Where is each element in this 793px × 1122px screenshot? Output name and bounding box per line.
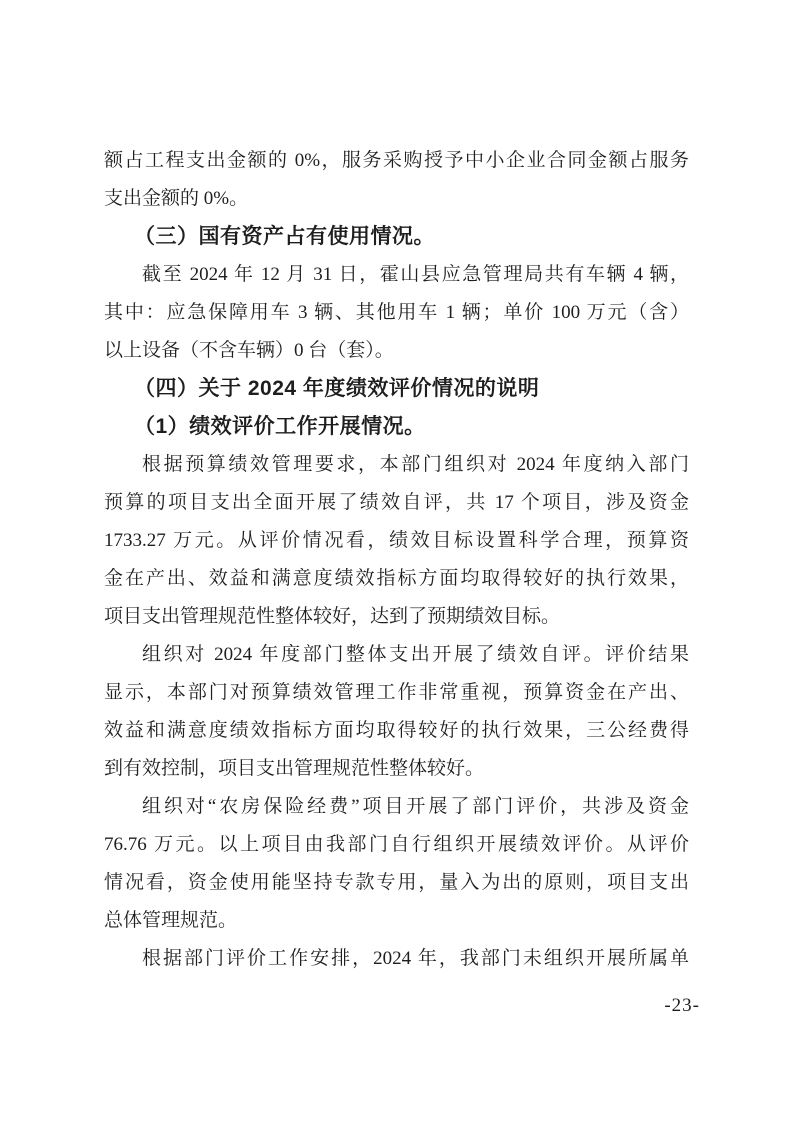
body-line: 其中：应急保障用车 3 辆、其他用车 1 辆；单价 100 万元（含） <box>104 294 689 332</box>
body-line: 根据预算绩效管理要求，本部门组织对 2024 年度纳入部门 <box>104 446 689 484</box>
document-content: 额占工程支出金额的 0%，服务采购授予中小企业合同金额占服务支出金额的 0%。（… <box>104 142 689 978</box>
body-line: 组织对“农房保险经费”项目开展了部门评价，共涉及资金 <box>104 788 689 826</box>
body-line: 到有效控制，项目支出管理规范性整体较好。 <box>104 750 689 788</box>
heading-line: （1）绩效评价工作开展情况。 <box>104 408 689 446</box>
body-line: 预算的项目支出全面开展了绩效自评，共 17 个项目，涉及资金 <box>104 484 689 522</box>
body-line: 总体管理规范。 <box>104 902 689 940</box>
body-line: 截至 2024 年 12 月 31 日，霍山县应急管理局共有车辆 4 辆， <box>104 256 689 294</box>
body-line: 额占工程支出金额的 0%，服务采购授予中小企业合同金额占服务 <box>104 142 689 180</box>
body-line: 项目支出管理规范性整体较好，达到了预期绩效目标。 <box>104 598 689 636</box>
body-line: 支出金额的 0%。 <box>104 180 689 218</box>
body-line: 效益和满意度绩效指标方面均取得较好的执行效果，三公经费得 <box>104 712 689 750</box>
body-line: 76.76 万元。以上项目由我部门自行组织开展绩效评价。从评价 <box>104 826 689 864</box>
body-line: 金在产出、效益和满意度绩效指标方面均取得较好的执行效果， <box>104 560 689 598</box>
heading-line: （三）国有资产占有使用情况。 <box>104 218 689 256</box>
page-number: -23- <box>664 995 700 1017</box>
body-line: 根据部门评价工作安排，2024 年，我部门未组织开展所属单 <box>104 940 689 978</box>
body-line: 1733.27 万元。从评价情况看，绩效目标设置科学合理，预算资 <box>104 522 689 560</box>
document-page: 额占工程支出金额的 0%，服务采购授予中小企业合同金额占服务支出金额的 0%。（… <box>0 0 793 1122</box>
body-line: 组织对 2024 年度部门整体支出开展了绩效自评。评价结果 <box>104 636 689 674</box>
body-line: 以上设备（不含车辆）0 台（套）。 <box>104 332 689 370</box>
body-line: 情况看，资金使用能坚持专款专用，量入为出的原则，项目支出 <box>104 864 689 902</box>
body-line: 显示，本部门对预算绩效管理工作非常重视，预算资金在产出、 <box>104 674 689 712</box>
heading-line: （四）关于 2024 年度绩效评价情况的说明 <box>104 370 689 408</box>
